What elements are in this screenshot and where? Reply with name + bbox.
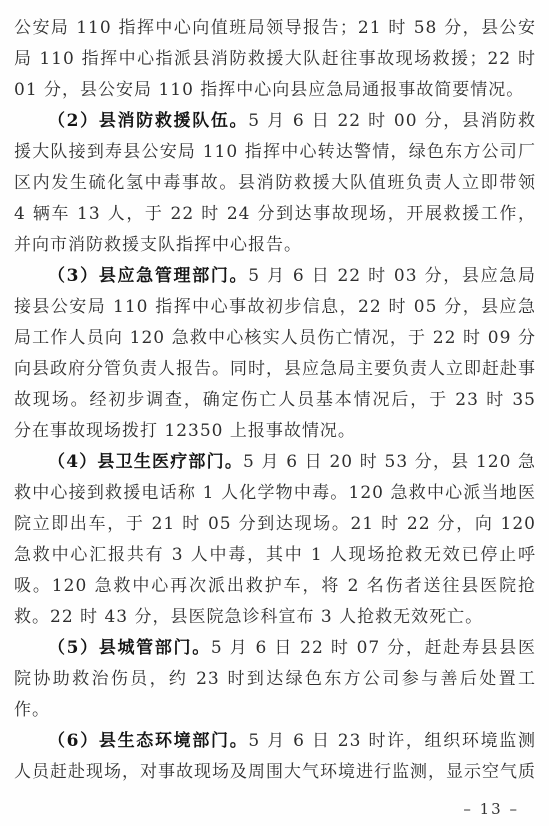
paragraph-text: 5 月 6 日 22 时 00 分，县消防救援大队接到寿县公安局 110 指挥中… [14,111,536,255]
document-body: 公安局 110 指挥中心向值班局领导报告；21 时 58 分，县公安局 110 … [14,13,536,788]
paragraph: （4）县卫生医疗部门。5 月 6 日 20 时 53 分，县 120 急救中心接… [14,447,536,633]
paragraph-text: 5 月 6 日 20 时 53 分，县 120 急救中心接到救援电话称 1 人化… [14,452,536,627]
paragraph-text: 5 月 6 日 22 时 03 分，县应急局接县公安局 110 指挥中心事故初步… [14,266,536,441]
paragraph-heading: （4）县卫生医疗部门。 [48,452,243,472]
paragraph: （2）县消防救援队伍。5 月 6 日 22 时 00 分，县消防救援大队接到寿县… [14,106,536,261]
document-page: 公安局 110 指挥中心向值班局领导报告；21 时 58 分，县公安局 110 … [0,0,549,826]
paragraph: （3）县应急管理部门。5 月 6 日 22 时 03 分，县应急局接县公安局 1… [14,261,536,447]
page-number: – 13 – [463,800,519,818]
paragraph-heading: （3）县应急管理部门。 [48,266,248,286]
paragraph-heading: （2）县消防救援队伍。 [48,111,248,131]
paragraph-heading: （6）县生态环境部门。 [48,731,248,751]
paragraph: 公安局 110 指挥中心向值班局领导报告；21 时 58 分，县公安局 110 … [14,13,536,106]
paragraph: （5）县城管部门。5 月 6 日 22 时 07 分，赶赴寿县县医院协助救治伤员… [14,633,536,726]
paragraph-heading: （5）县城管部门。 [48,638,211,658]
paragraph: （6）县生态环境部门。5 月 6 日 23 时许，组织环境监测人员赶赴现场，对事… [14,726,536,788]
paragraph-text: 公安局 110 指挥中心向值班局领导报告；21 时 58 分，县公安局 110 … [14,18,536,100]
